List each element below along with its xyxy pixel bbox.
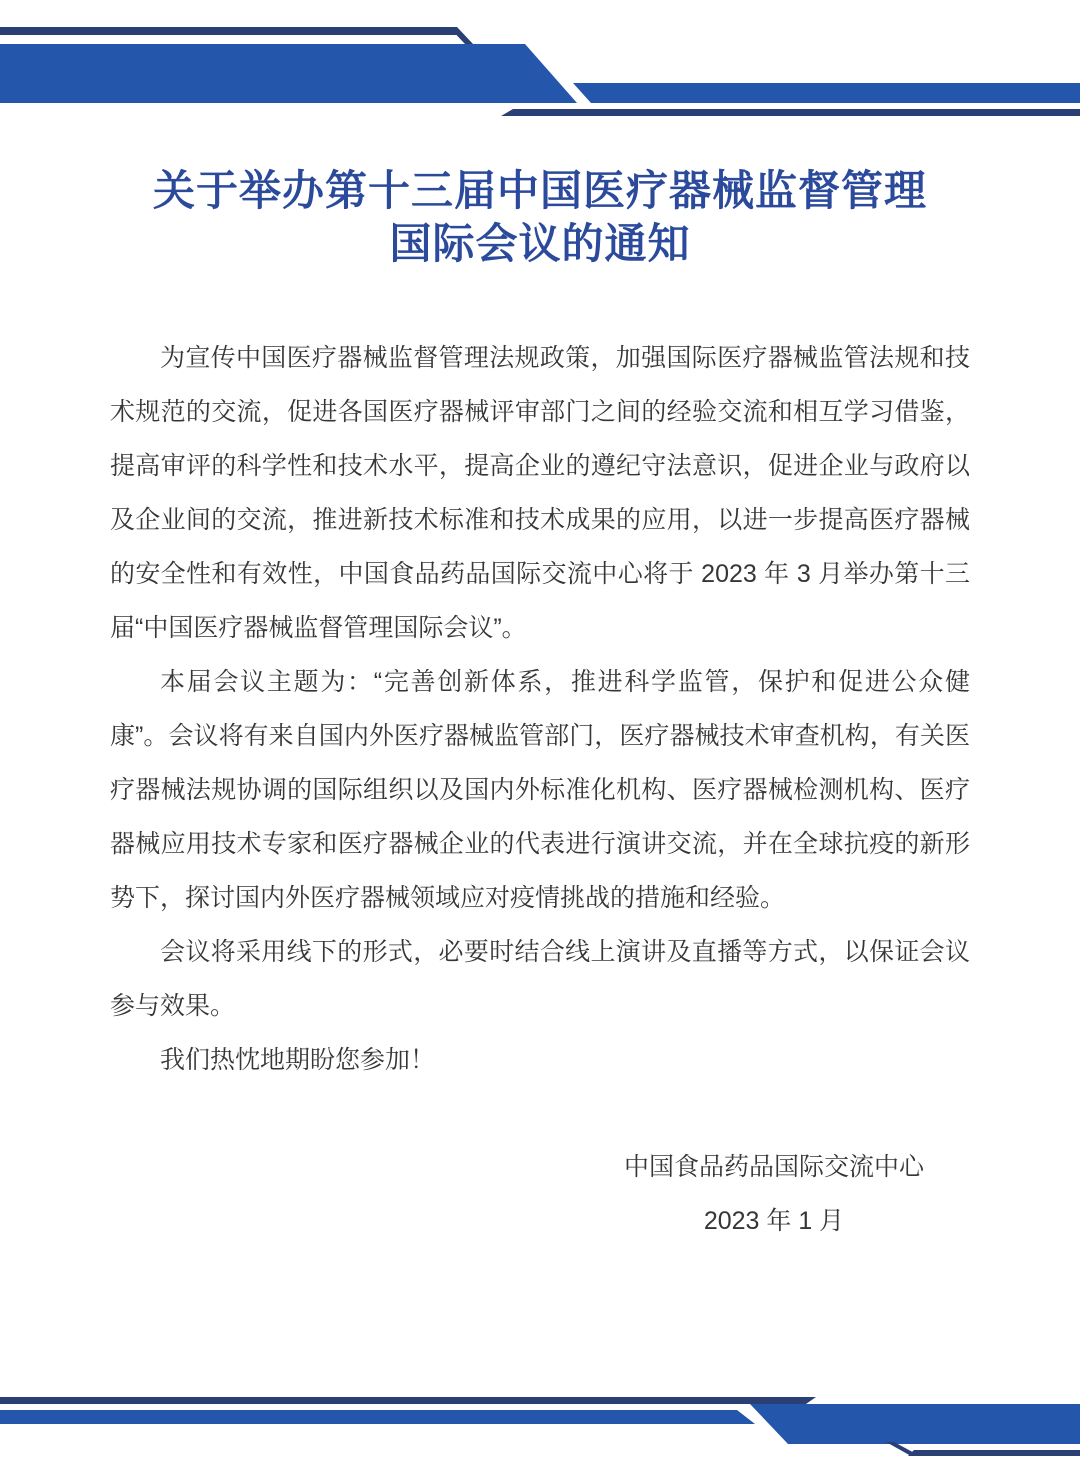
paragraph-theme: 本届会议主题为：“完善创新体系，推进科学监管，保护和促进公众健康”。会议将有来自… <box>110 655 970 925</box>
header-bottom-navy-line <box>501 109 1080 116</box>
page-title-line2: 国际会议的通知 <box>389 220 690 267</box>
paragraph-format: 会议将采用线下的形式，必要时结合线上演讲及直播等方式，以保证会议参与效果。 <box>110 925 970 1033</box>
header-banner-decoration <box>0 0 1080 130</box>
page-title: 关于举办第十三届中国医疗器械监督管理 国际会议的通知 <box>0 164 1080 270</box>
header-navy-line-tail <box>449 27 473 44</box>
header-right-blue-band <box>573 83 1080 103</box>
footer-left-blue-band <box>0 1410 755 1424</box>
paragraph-purpose: 为宣传中国医疗器械监督管理法规政策，加强国际医疗器械监管法规和技术规范的交流，促… <box>110 331 970 655</box>
footer-thin-navy-line <box>0 1397 816 1404</box>
header-thin-navy-line <box>0 27 459 35</box>
signature-organization: 中国食品药品国际交流中心 <box>578 1140 970 1194</box>
footer-banner-decoration <box>0 1396 1080 1466</box>
signature-block: 中国食品药品国际交流中心 2023 年 1 月 <box>578 1140 970 1248</box>
signature-date: 2023 年 1 月 <box>578 1194 970 1248</box>
footer-navy-line-tail <box>886 1442 920 1456</box>
notice-body: 为宣传中国医疗器械监督管理法规政策，加强国际医疗器械监管法规和技术规范的交流，促… <box>110 331 970 1087</box>
footer-large-blue-band <box>750 1404 1080 1444</box>
paragraph-invitation: 我们热忱地期盼您参加！ <box>110 1033 970 1087</box>
footer-bottom-navy-line <box>908 1450 1080 1456</box>
page-title-line1: 关于举办第十三届中国医疗器械监督管理 <box>153 167 927 214</box>
notice-document-page: 关于举办第十三届中国医疗器械监督管理 国际会议的通知 为宣传中国医疗器械监督管理… <box>0 0 1080 1466</box>
header-large-blue-band <box>0 44 577 103</box>
